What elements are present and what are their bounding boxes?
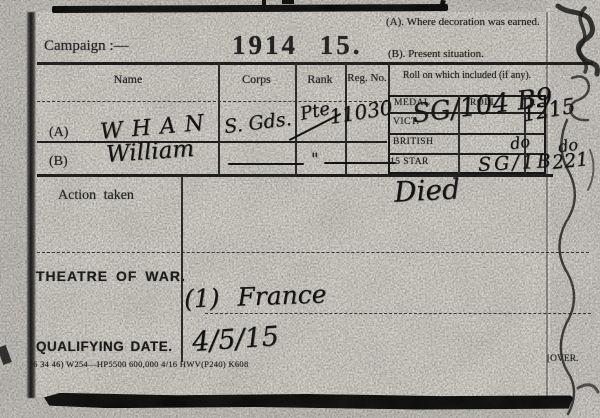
- card-left-edge-shadow: [27, 12, 36, 398]
- column-header-name: Name: [38, 72, 218, 87]
- campaign-year-value: 1914 15.: [232, 30, 363, 61]
- qualifying-date-label: QUALIFYING DATE.: [36, 339, 173, 354]
- action-section-divider: [37, 252, 589, 253]
- scanned-medal-index-card: Campaign :— 1914 15. (A). Where decorati…: [0, 0, 600, 418]
- medal-row-star-label: 15 STAR: [390, 157, 429, 167]
- printer-code-line: (6 34 46) W254—HP5500 600,000 4/16 HWV(P…: [30, 359, 249, 369]
- ditto-dash-corps: [228, 163, 304, 165]
- row-a-label: (A): [49, 125, 68, 141]
- scan-speck: [0, 345, 12, 365]
- ditto-mark-rank: ": [311, 149, 318, 168]
- note-a: (A). Where decoration was earned.: [386, 16, 540, 28]
- column-header-reg-no: Reg. No.: [343, 72, 391, 84]
- scan-speck: [262, 0, 266, 6]
- qualifying-date-handwritten: 4/5/15: [191, 321, 280, 358]
- theatre-dotted-line: [205, 313, 591, 314]
- star-roll-handwritten: SG/1B: [477, 150, 554, 176]
- theatre-of-war-label: THEATRE OF WAR.: [36, 268, 186, 284]
- action-taken-handwritten: Died: [393, 172, 461, 208]
- theatre-of-war-handwritten: (1) France: [184, 280, 327, 314]
- scan-speck: [282, 0, 294, 4]
- row-a-underline: [37, 141, 387, 143]
- header-rule: [37, 62, 593, 65]
- column-header-corps: Corps: [218, 72, 295, 87]
- row-b-label: (B): [49, 154, 68, 170]
- ditto-dash-regno: [324, 162, 396, 164]
- medal-row-british-label: BRITISH: [393, 137, 433, 147]
- column-header-roll: Roll on which included (if any).: [388, 70, 546, 81]
- over-note: [OVER.: [547, 354, 578, 364]
- campaign-label: Campaign :—: [44, 38, 129, 55]
- star-page-handwritten: 221: [551, 148, 589, 174]
- column-header-rank: Rank: [295, 72, 345, 87]
- british-roll-ditto-handwritten: do: [509, 132, 531, 154]
- action-taken-label: Action taken: [58, 188, 134, 204]
- note-b: (B). Present situation.: [388, 48, 484, 60]
- column-header-underline: [37, 101, 387, 102]
- card-right-edge: [546, 12, 548, 396]
